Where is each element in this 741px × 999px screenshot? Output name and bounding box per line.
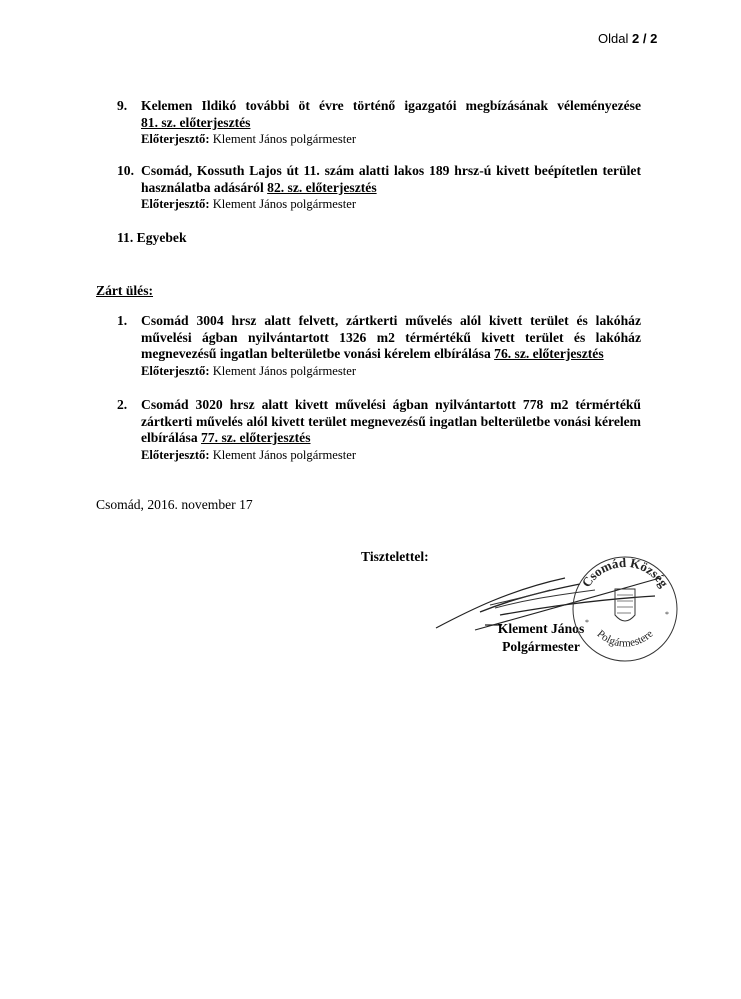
closed-session-item: 1. Csomád 3004 hrsz alatt felvett, zártk… bbox=[117, 313, 641, 379]
svg-text:Csomád Község: Csomád Község bbox=[579, 555, 672, 590]
presenter-name: Klement János polgármester bbox=[213, 132, 356, 146]
svg-text:*: * bbox=[585, 618, 589, 627]
item-title: Csomád, Kossuth Lajos út 11. szám alatti… bbox=[141, 163, 641, 196]
svg-text:Polgármestere: Polgármestere bbox=[595, 628, 656, 650]
stamp-top-text: Csomád Község bbox=[579, 555, 672, 590]
item-reference: 77. sz. előterjesztés bbox=[201, 430, 310, 445]
item-title: Kelemen Ildikó további öt évre történő i… bbox=[141, 98, 641, 115]
page-label: Oldal bbox=[598, 31, 628, 46]
agenda-item-misc: 11. Egyebek bbox=[117, 230, 187, 246]
official-stamp-icon: Csomád Község Polgármestere * * bbox=[565, 547, 685, 667]
closed-session-item: 2. Csomád 3020 hrsz alatt kivett művelés… bbox=[117, 397, 641, 463]
item-presenter: Előterjesztő: Klement János polgármester bbox=[141, 196, 641, 213]
item-title-text: Csomád, Kossuth Lajos út 11. szám alatti… bbox=[141, 163, 641, 195]
item-number: 1. bbox=[117, 313, 141, 330]
agenda-item: 10. Csomád, Kossuth Lajos út 11. szám al… bbox=[117, 163, 641, 213]
agenda-item: 9. Kelemen Ildikó további öt évre történ… bbox=[117, 98, 641, 148]
item-number: 9. bbox=[117, 98, 141, 115]
item-number: 11. bbox=[117, 230, 133, 245]
item-presenter: Előterjesztő: Klement János polgármester bbox=[141, 447, 641, 464]
item-title: Egyebek bbox=[137, 230, 187, 245]
item-reference: 82. sz. előterjesztés bbox=[267, 180, 376, 195]
item-presenter: Előterjesztő: Klement János polgármester bbox=[141, 363, 641, 380]
page-current: 2 bbox=[632, 31, 639, 46]
page-number: Oldal 2 / 2 bbox=[598, 31, 657, 46]
page-total: 2 bbox=[650, 31, 657, 46]
presenter-name: Klement János polgármester bbox=[213, 197, 356, 211]
presenter-name: Klement János polgármester bbox=[213, 364, 356, 378]
section-title-closed-session: Zárt ülés: bbox=[96, 283, 153, 299]
closing-greeting: Tisztelettel: bbox=[361, 549, 429, 565]
stamp-bottom-text: Polgármestere bbox=[595, 628, 656, 650]
presenter-label: Előterjesztő: bbox=[141, 364, 210, 378]
presenter-name: Klement János polgármester bbox=[213, 448, 356, 462]
svg-text:*: * bbox=[665, 610, 669, 619]
item-reference: 81. sz. előterjesztés bbox=[141, 115, 250, 130]
item-title: Csomád 3020 hrsz alatt kivett művelési á… bbox=[141, 397, 641, 447]
place-and-date: Csomád, 2016. november 17 bbox=[96, 497, 253, 513]
item-title: Csomád 3004 hrsz alatt felvett, zártkert… bbox=[141, 313, 641, 363]
page-separator: / bbox=[643, 31, 647, 46]
item-presenter: Előterjesztő: Klement János polgármester bbox=[141, 131, 641, 148]
presenter-label: Előterjesztő: bbox=[141, 132, 210, 146]
item-number: 2. bbox=[117, 397, 141, 414]
item-reference: 76. sz. előterjesztés bbox=[494, 346, 603, 361]
presenter-label: Előterjesztő: bbox=[141, 197, 210, 211]
item-number: 10. bbox=[117, 163, 141, 180]
presenter-label: Előterjesztő: bbox=[141, 448, 210, 462]
